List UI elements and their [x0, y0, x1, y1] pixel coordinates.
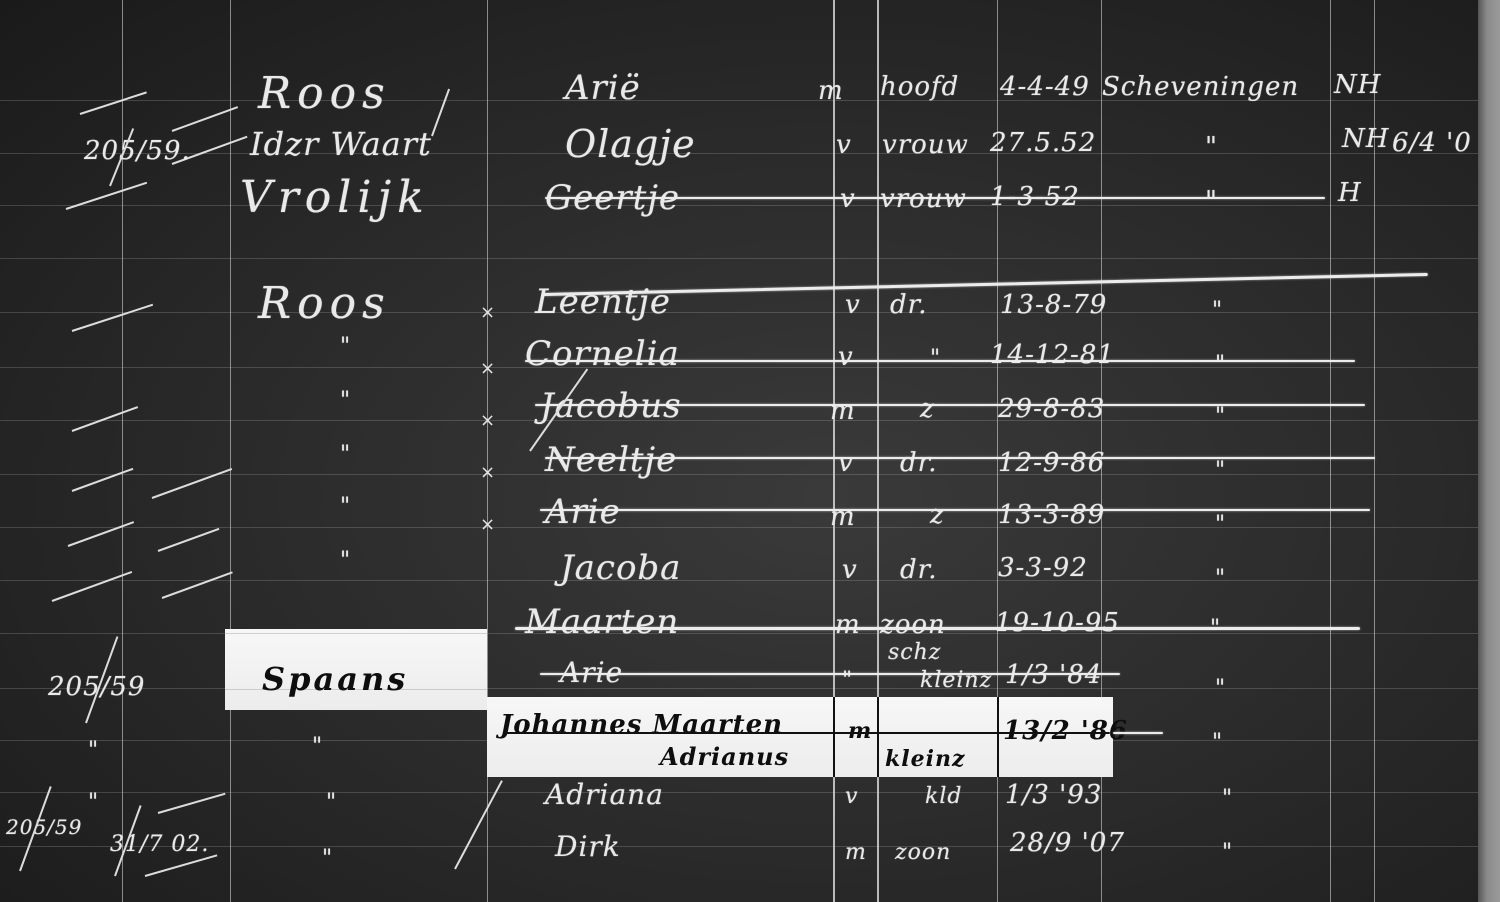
surname-cell: Roos — [258, 278, 391, 329]
column-rule — [997, 697, 999, 777]
birth-place-cell: " — [1222, 786, 1233, 811]
surname-cell: Roos — [258, 68, 391, 119]
surname-ditto: " — [340, 334, 351, 359]
surname-cell: Vrolijk — [240, 172, 430, 223]
strike-through — [525, 360, 1355, 362]
birth-place-cell: " — [1222, 840, 1233, 865]
surname-ditto: " — [340, 548, 351, 573]
margin-stroke — [152, 468, 233, 499]
bracket-stroke — [431, 89, 450, 137]
tick-mark: × — [480, 358, 495, 379]
row-rule — [0, 688, 1478, 689]
given-name-cell: Cornelia — [525, 334, 680, 374]
margin-stroke — [52, 571, 133, 602]
given-name-cell: Adriana — [545, 778, 664, 811]
birth-date-cell: 12-9-86 — [998, 448, 1105, 478]
birth-date-cell: 19-10-95 — [995, 608, 1120, 638]
relation-cell: dr. — [900, 448, 937, 478]
row-rule — [0, 527, 1478, 528]
surname-ditto: " — [326, 790, 337, 815]
margin-stroke — [68, 521, 134, 547]
surname-ditto: " — [340, 442, 351, 467]
sex-cell: v — [838, 448, 854, 478]
relation-cell: kleinz — [920, 668, 992, 693]
birth-date-cell: 13-3-89 — [998, 500, 1105, 530]
column-rule — [877, 697, 879, 777]
sex-cell: m — [818, 76, 844, 106]
birth-date-cell: 13/2 '86 — [1003, 716, 1128, 746]
given-name-cell: Olagje — [565, 122, 696, 166]
sex-cell: v — [840, 184, 856, 214]
birth-date-cell: 4-4-49 — [1000, 72, 1090, 102]
given-name-cell: Jacoba — [560, 548, 681, 588]
margin-stroke — [158, 793, 226, 814]
birth-place-cell: Scheveningen — [1102, 72, 1299, 102]
religion-cell: NH — [1342, 124, 1389, 154]
birth-place-cell: " — [1215, 404, 1226, 429]
sex-cell: m — [830, 502, 856, 532]
relation-cell: vrouw — [880, 184, 967, 214]
column-rule — [833, 697, 835, 777]
register-page: Roos Arië m hoofd 4-4-49 Scheveningen NH… — [0, 0, 1500, 902]
religion-cell: H — [1338, 178, 1362, 208]
tick-mark: × — [480, 302, 495, 323]
row-rule — [0, 633, 1478, 634]
ref-ditto: " — [88, 738, 99, 763]
tick-mark: × — [480, 514, 495, 535]
strike-through — [505, 732, 1110, 734]
strike-through — [545, 457, 1375, 459]
row-rule — [0, 205, 1478, 206]
sex-cell: v — [836, 130, 852, 160]
row-rule — [0, 367, 1478, 368]
row-rule — [0, 258, 1478, 259]
margin-stroke — [72, 468, 134, 492]
note-cell: 6/4 '0 — [1392, 128, 1472, 158]
sex-cell: v — [845, 784, 858, 809]
row-rule — [0, 312, 1478, 313]
given-name-cell: Arie — [545, 492, 621, 532]
margin-stroke — [145, 854, 218, 877]
relation-cell: dr. — [900, 555, 937, 585]
surname-ditto: " — [340, 388, 351, 413]
relation-cell: kleinz — [885, 746, 965, 772]
relation-cell: schz — [888, 640, 941, 665]
birth-place-cell: " — [1215, 458, 1226, 483]
birth-date-cell: 3-3-92 — [998, 553, 1088, 583]
surname-ditto: " — [340, 494, 351, 519]
sex-cell: " — [842, 668, 853, 693]
birth-date-cell: 13-8-79 — [1000, 290, 1107, 320]
sex-cell: m — [848, 718, 872, 744]
margin-stroke — [162, 571, 233, 599]
strike-through — [543, 273, 1428, 296]
birth-place-cell: " — [1215, 566, 1226, 591]
sex-cell: m — [835, 610, 861, 640]
birth-place-cell: " — [1212, 730, 1223, 755]
surname-ditto: " — [312, 734, 323, 759]
relation-cell: z — [930, 500, 945, 530]
strike-through — [540, 673, 1120, 675]
birth-date-cell: 1/3 '84 — [1005, 660, 1102, 690]
margin-stroke — [80, 91, 147, 115]
birth-place-cell: " — [1212, 298, 1223, 323]
relation-cell: " — [930, 346, 941, 371]
religion-cell: NH — [1334, 70, 1381, 100]
column-rule — [230, 0, 231, 902]
tick-mark: × — [480, 410, 495, 431]
row-rule — [225, 633, 487, 634]
birth-date-cell: 27.5.52 — [990, 128, 1096, 158]
relation-cell: zoon — [895, 840, 951, 865]
relation-cell: kld — [925, 784, 962, 809]
given-name-cell: Dirk — [555, 830, 621, 863]
sex-cell: v — [845, 290, 861, 320]
given-name-cell: Johannes Maarten — [500, 710, 783, 740]
birth-place-cell: " — [1215, 352, 1226, 377]
page-edge — [1478, 0, 1500, 902]
tick-mark: × — [480, 462, 495, 483]
relation-cell: dr. — [890, 290, 927, 320]
strike-through — [1113, 732, 1163, 734]
surname-ditto: " — [322, 846, 333, 871]
relation-cell: hoofd — [880, 72, 959, 102]
strike-through — [545, 197, 1325, 199]
birth-place-cell: " — [1205, 132, 1218, 162]
birth-date-cell: 1/3 '93 — [1005, 780, 1102, 810]
relation-cell: vrouw — [882, 130, 969, 160]
surname-cell: Spaans — [262, 660, 408, 698]
given-name-cell: Maarten — [525, 602, 679, 642]
sex-cell: m — [830, 396, 856, 426]
birth-place-cell: " — [1215, 512, 1226, 537]
birth-place-cell: " — [1215, 676, 1226, 701]
row-rule — [0, 474, 1478, 475]
given-name-cell: Leentje — [535, 282, 671, 322]
surname-cell: Idzr Waart — [250, 125, 432, 163]
given-name-cell: Arië — [565, 68, 641, 108]
column-rule — [1330, 0, 1331, 902]
sex-cell: m — [845, 840, 867, 865]
register-ref: 205/59 — [6, 815, 82, 839]
margin-stroke — [72, 304, 153, 332]
relation-cell: z — [920, 394, 935, 424]
strike-through — [535, 404, 1365, 406]
register-ref: 205/59. — [84, 136, 191, 166]
row-rule — [0, 846, 1478, 847]
sex-cell: v — [838, 342, 854, 372]
row-rule — [0, 420, 1478, 421]
ref-ditto: " — [88, 790, 99, 815]
strike-through — [540, 509, 1370, 511]
margin-stroke — [158, 528, 220, 552]
row-rule — [0, 580, 1478, 581]
sex-cell: v — [842, 555, 858, 585]
birth-place-cell: " — [1205, 186, 1218, 216]
strike-through — [515, 627, 1360, 630]
margin-stroke — [172, 106, 238, 132]
relation-cell: zoon — [880, 610, 946, 640]
row-rule — [0, 153, 1478, 154]
birth-date-cell: 14-12-81 — [990, 340, 1115, 370]
given-name-cell: Adrianus — [660, 742, 789, 771]
birth-date-cell: 29-8-83 — [998, 394, 1105, 424]
birth-date-cell: 28/9 '07 — [1010, 828, 1125, 858]
pen-flourish — [454, 780, 503, 869]
given-name-cell: Neeltje — [545, 440, 677, 480]
